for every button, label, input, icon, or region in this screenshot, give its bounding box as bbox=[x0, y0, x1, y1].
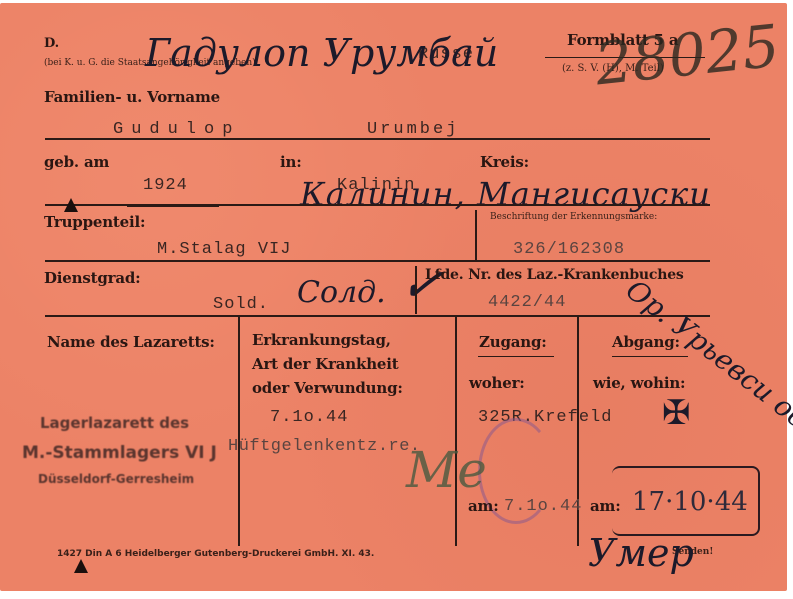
name-rule bbox=[45, 138, 710, 140]
hospital-stamp-line2: M.-Stammlagers VI J bbox=[22, 443, 217, 463]
arrival-date: 7.1o.44 bbox=[504, 497, 582, 516]
arrival-header-rule bbox=[478, 356, 554, 357]
handwritten-number: 28025 bbox=[592, 12, 783, 99]
illness-date: 7.1o.44 bbox=[270, 408, 348, 427]
arrival-header: Zugang: bbox=[479, 333, 547, 351]
idtag-value: 326/162308 bbox=[513, 240, 625, 259]
hospital-stamp-line3: Düsseldorf-Gerresheim bbox=[38, 472, 194, 486]
punch-hole-bottom bbox=[74, 559, 88, 573]
unit-rule bbox=[45, 260, 710, 262]
arrival-date-label: am: bbox=[468, 497, 499, 515]
unit-value: M.Stalag VIJ bbox=[157, 240, 291, 259]
hospital-stamp-line1: Lagerlazarett des bbox=[40, 414, 189, 432]
rank-rule bbox=[45, 315, 710, 317]
name-handwritten: Гадулоп Урумбай bbox=[145, 31, 498, 75]
header-letter: D. bbox=[44, 36, 59, 51]
departure-symbol: ✠ bbox=[662, 393, 691, 433]
illness-header-line3: oder Verwundung: bbox=[252, 379, 403, 397]
unit-label: Truppenteil: bbox=[44, 213, 145, 231]
illness-header-line1: Erkrankungstag, bbox=[252, 331, 391, 349]
birth-value: 1924 bbox=[143, 176, 188, 195]
ledger-divider bbox=[415, 266, 417, 314]
idtag-divider bbox=[475, 210, 477, 260]
firstname-typed: Urumbej bbox=[367, 120, 459, 139]
registration-card: D. (bei K. u. G. die Staatsangehörigkeit… bbox=[0, 3, 787, 591]
illness-header-line2: Art der Krankheit bbox=[252, 355, 398, 373]
departure-date: 17·10·44 bbox=[632, 487, 748, 517]
table-divider-2 bbox=[455, 316, 457, 546]
birthplace-label: in: bbox=[280, 153, 302, 171]
illness-type: Hüftgelenkentz.re. bbox=[228, 437, 421, 456]
birth-label: geb. am bbox=[44, 153, 109, 171]
district-handwritten: Калинин, Мангисауски bbox=[300, 175, 711, 213]
departure-header-rule bbox=[612, 356, 688, 357]
ledger-value: 4422/44 bbox=[488, 293, 566, 312]
birth-rule bbox=[45, 204, 710, 206]
district-label: Kreis: bbox=[480, 153, 529, 171]
arrival-from-label: woher: bbox=[469, 374, 525, 392]
rank-handwritten: Солд. bbox=[297, 275, 386, 310]
printer-footer: 1427 Din A 6 Heidelberger Gutenberg-Druc… bbox=[57, 549, 374, 559]
table-divider-1 bbox=[238, 316, 240, 546]
rank-value: Sold. bbox=[213, 295, 269, 314]
hospital-header: Name des Lazaretts: bbox=[47, 333, 215, 351]
checkmark-handwritten: ✓ bbox=[396, 252, 448, 317]
rank-label: Dienstgrad: bbox=[44, 269, 140, 287]
signature-handwritten: Умер bbox=[588, 531, 694, 575]
margin-handwritten: Ор. Урьевси обл. bbox=[620, 273, 793, 452]
departure-to-label: wie, wohin: bbox=[593, 374, 685, 392]
name-label: Familien- u. Vorname bbox=[44, 88, 220, 106]
departure-header: Abgang: bbox=[612, 333, 680, 351]
surname-typed: Gudulop bbox=[113, 120, 240, 139]
green-initials: Ме bbox=[406, 441, 487, 499]
idtag-label: Beschriftung der Erkennungsmarke: bbox=[490, 212, 657, 222]
